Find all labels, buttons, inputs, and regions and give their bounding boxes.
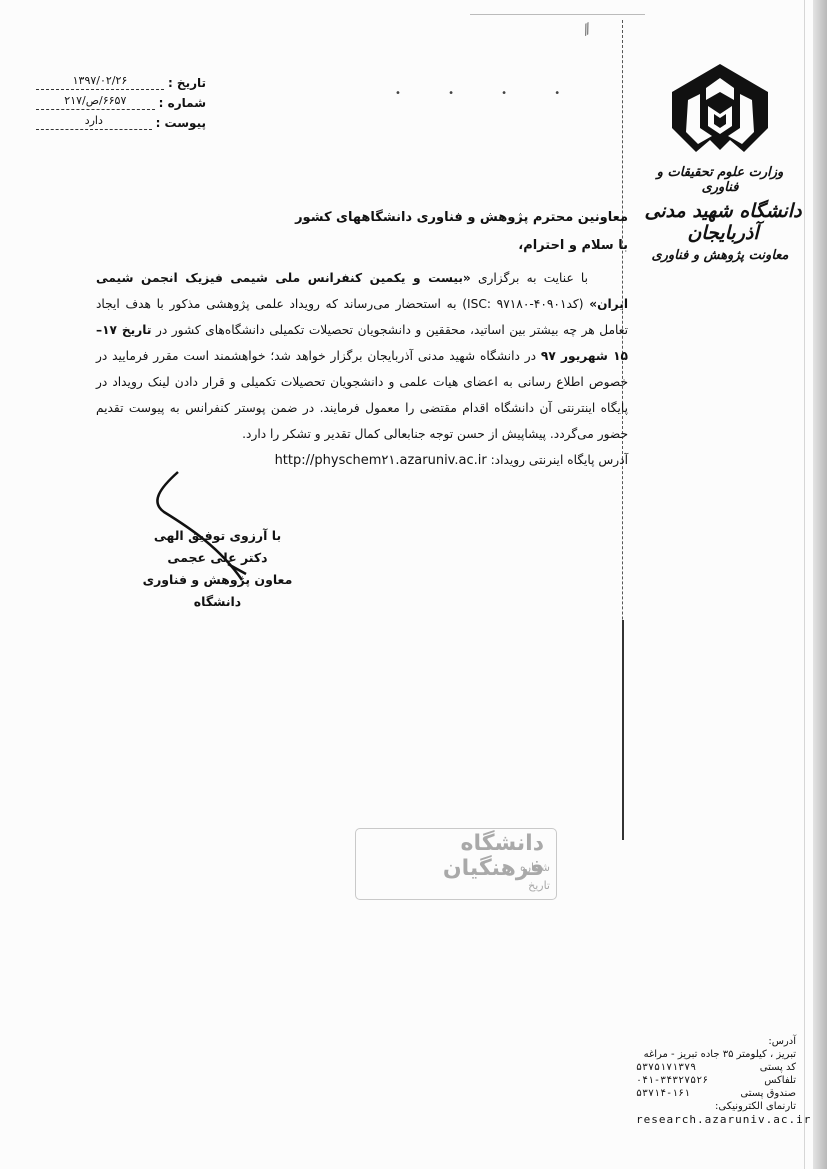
meta-number-label: شماره : — [159, 96, 206, 110]
meta-date-line: ۱۳۹۷/۰۲/۲۶ — [36, 75, 164, 90]
meta-date-row: تاریخ : ۱۳۹۷/۰۲/۲۶ — [36, 70, 206, 90]
deputy-office-name: معاونت پژوهش و فناوری — [640, 248, 800, 263]
footer-pobox-row: صندوق پستی ۵۳۷۱۴-۱۶۱ — [636, 1087, 796, 1100]
scan-dots: • • • • — [395, 88, 582, 99]
signature-closing: با آرزوی توفیق الهی — [120, 525, 315, 547]
footer-fax-label: تلفاکس — [764, 1074, 796, 1087]
meta-date-value: ۱۳۹۷/۰۲/۲۶ — [36, 74, 164, 87]
meta-number-line: ۶۶۵۷/ص/۲۱۷ — [36, 95, 155, 110]
footer-pobox-label: صندوق پستی — [740, 1087, 796, 1100]
signatory-name: دکتر علی عجمی — [120, 547, 315, 569]
event-url-label: آدرس پایگاه اینرنتی رویداد: — [491, 453, 628, 467]
stamp-number-label: شماره — [520, 861, 550, 874]
footer-pobox-value: ۵۳۷۱۴-۱۶۱ — [636, 1087, 690, 1100]
footer-address: تبریز ، کیلومتر ۳۵ جاده تبریز - مراغه — [636, 1048, 796, 1061]
scan-edge-line — [804, 0, 805, 1169]
letter-meta: تاریخ : ۱۳۹۷/۰۲/۲۶ شماره : ۶۶۵۷/ص/۲۱۷ پی… — [36, 70, 206, 130]
meta-attachment-label: پیوست : — [156, 116, 206, 130]
university-emblem-icon — [668, 62, 772, 154]
scan-top-rule — [470, 14, 645, 15]
para-intro: با عنایت به برگزاری — [478, 271, 588, 285]
ministry-name: وزارت علوم تحقیقات و فناوری — [640, 165, 800, 195]
university-name: دانشگاه شهید مدنی آذربایجان — [628, 200, 818, 244]
meta-number-value: ۶۶۵۷/ص/۲۱۷ — [36, 94, 155, 107]
letter-paragraph: با عنایت به برگزاری «بیست و یکمین کنفران… — [96, 265, 628, 447]
received-stamp: دانشگاه فرهنگیان شماره تاریخ — [355, 828, 557, 900]
footer-web-label: تارنمای الکترونیکی: — [636, 1100, 796, 1113]
fold-line-solid — [622, 620, 624, 840]
para-isc: (کدISC: ۹۷۱۸۰-۴۰۹۰۱) به استحضار می‌رساند… — [96, 297, 628, 337]
scan-mark: ⁄⁄ — [581, 22, 593, 38]
meta-attachment-row: پیوست : دارد — [36, 110, 206, 130]
footer-web-link[interactable]: research.azaruniv.ac.ir — [636, 1113, 796, 1126]
footer-postal-value: ۵۳۷۵۱۷۱۳۷۹ — [636, 1061, 696, 1074]
scan-edge-shadow — [813, 0, 827, 1169]
footer-contact: آدرس: تبریز ، کیلومتر ۳۵ جاده تبریز - مر… — [636, 1035, 796, 1126]
letter-page: ⁄⁄ • • • • تاریخ : ۱۳۹۷/۰۲/۲۶ شماره : ۶۶… — [0, 0, 827, 1169]
stamp-date-label: تاریخ — [528, 879, 550, 892]
meta-number-row: شماره : ۶۶۵۷/ص/۲۱۷ — [36, 90, 206, 110]
stamp-title: دانشگاه فرهنگیان — [356, 831, 544, 881]
event-url-link[interactable]: http://physchem۲۱.azaruniv.ac.ir — [275, 453, 487, 468]
meta-date-label: تاریخ : — [168, 76, 206, 90]
footer-postal-row: کد پستی ۵۳۷۵۱۷۱۳۷۹ — [636, 1061, 796, 1074]
footer-address-label: آدرس: — [636, 1035, 796, 1048]
footer-fax-value: ۰۴۱-۳۴۳۲۷۵۲۶ — [636, 1074, 708, 1087]
meta-attachment-value: دارد — [36, 114, 152, 127]
footer-fax-row: تلفاکس ۰۴۱-۳۴۳۲۷۵۲۶ — [636, 1074, 796, 1087]
signature-block: با آرزوی توفیق الهی دکتر علی عجمی معاون … — [120, 525, 315, 613]
signatory-title: معاون پژوهش و فناوری دانشگاه — [120, 569, 315, 613]
letter-body: معاونین محترم پژوهش و فناوری دانشگاههای … — [96, 205, 628, 474]
letter-greeting: با سلام و احترام، — [96, 233, 628, 259]
meta-attachment-line: دارد — [36, 115, 152, 130]
letter-recipient: معاونین محترم پژوهش و فناوری دانشگاههای … — [96, 205, 628, 231]
footer-postal-label: کد پستی — [760, 1061, 796, 1074]
